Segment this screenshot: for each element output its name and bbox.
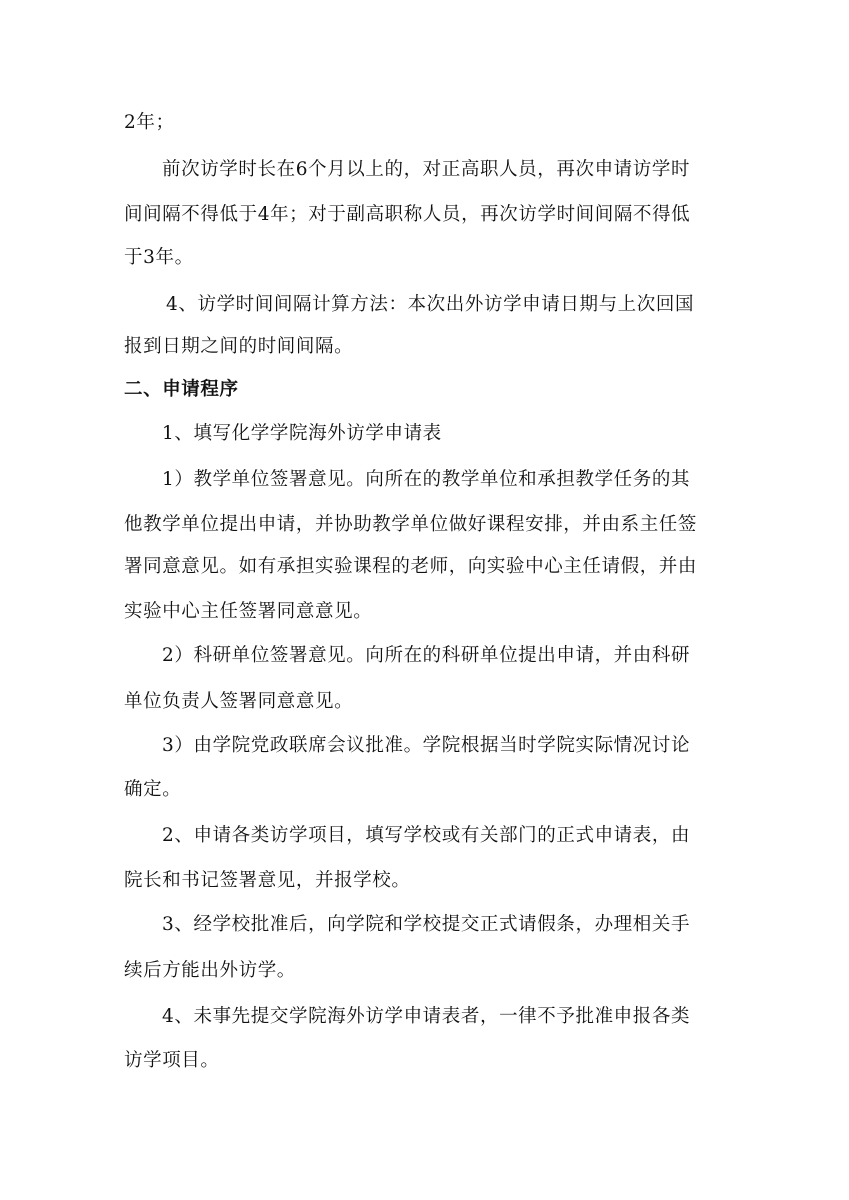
- text-line: 他教学单位提出申请，并协助教学单位做好课程安排，并由系主任签: [124, 510, 697, 540]
- text-line: 间间隔不得低于4年；对于副高职称人员，再次访学时间间隔不得低: [124, 200, 690, 230]
- text-line: 院长和书记签署意见，并报学校。: [124, 866, 411, 896]
- text-line: 续后方能出外访学。: [124, 956, 296, 986]
- text-line: 报到日期之间的时间间隔。: [124, 332, 353, 362]
- paragraph-line: 前次访学时长在6个月以上的，对正高职人员，再次申请访学时: [162, 155, 690, 185]
- text-line: 单位负责人签署同意意见。: [124, 687, 353, 717]
- paragraph-line: 2）科研单位签署意见。向所在的科研单位提出申请，并由科研: [162, 641, 690, 671]
- text-line: 实验中心主任签署同意意见。: [124, 597, 372, 627]
- paragraph-line: 1、填写化学学院海外访学申请表: [162, 419, 442, 449]
- text-line: 确定。: [124, 775, 181, 805]
- text-line: 于3年。: [124, 243, 194, 273]
- text-line: 访学项目。: [124, 1046, 220, 1076]
- text-line: 署同意意见。如有承担实验课程的老师，向实验中心主任请假，并由: [124, 552, 697, 582]
- section-heading: 二、申请程序: [124, 375, 239, 405]
- paragraph-line: 4、访学时间间隔计算方法：本次出外访学申请日期与上次回国: [166, 290, 694, 320]
- paragraph-line: 3）由学院党政联席会议批准。学院根据当时学院实际情况讨论: [162, 731, 690, 761]
- paragraph-line: 2、申请各类访学项目，填写学校或有关部门的正式申请表，由: [162, 821, 690, 851]
- paragraph-line: 3、经学校批准后，向学院和学校提交正式请假条，办理相关手: [162, 910, 690, 940]
- text-line: 2年；: [124, 108, 175, 138]
- paragraph-line: 4、未事先提交学院海外访学申请表者，一律不予批准申报各类: [162, 1002, 690, 1032]
- paragraph-line: 1）教学单位签署意见。向所在的教学单位和承担教学任务的其: [162, 465, 690, 495]
